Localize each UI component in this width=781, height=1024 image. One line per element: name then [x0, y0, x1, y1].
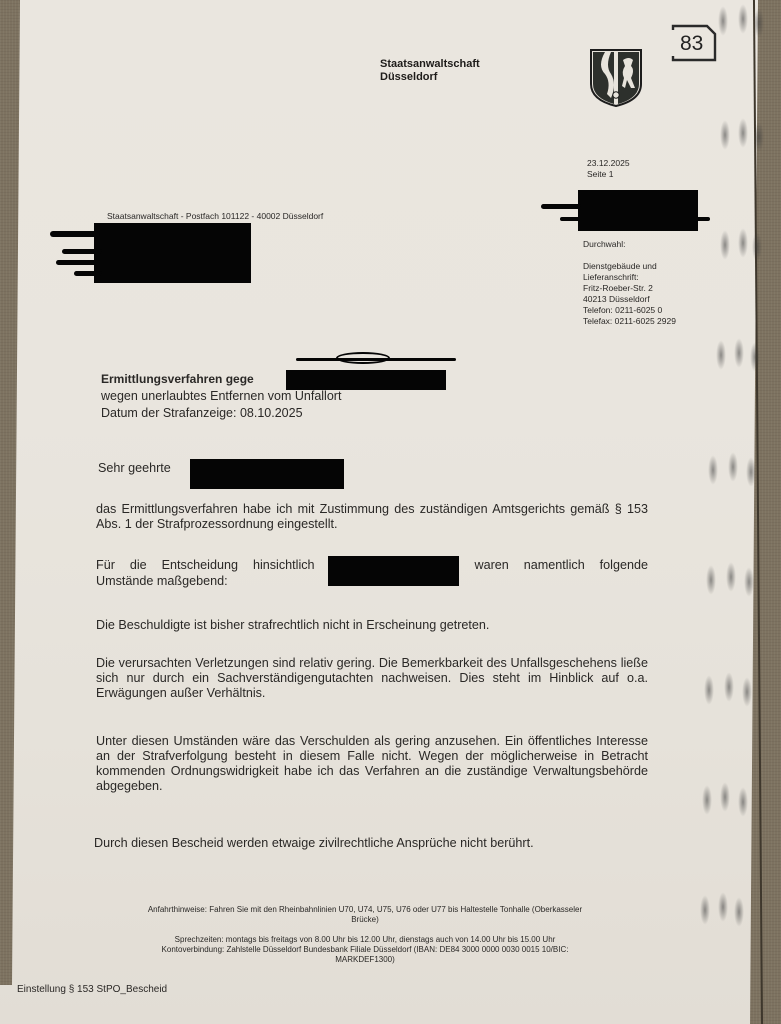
delivery-label: Lieferanschrift: [583, 272, 676, 283]
redaction-reference [578, 190, 698, 231]
subject-report-date: Datum der Strafanzeige: 08.10.2025 [101, 406, 303, 420]
redaction-scribble [560, 217, 710, 221]
paragraph-2-line-2: Umstände maßgebend: [96, 574, 228, 588]
footer-office-hours: Sprechzeiten: montags bis freitags von 8… [100, 935, 630, 945]
redaction-scribble [62, 249, 102, 254]
office-label: Dienstgebäude und [583, 261, 676, 272]
bank-line-2: MARKDEF1300) [100, 955, 630, 965]
paragraph-2-start: Für die Entscheidung hinsichtlich [96, 558, 315, 572]
letter-date: 23.12.2025 [587, 158, 630, 169]
document-id: Einstellung § 153 StPO_Bescheid [17, 984, 167, 995]
bank-line-1: Kontoverbindung: Zahlstelle Düsseldorf B… [100, 945, 630, 955]
redaction-accused-name [286, 370, 446, 390]
paragraph-2-end: waren namentlich folgende [475, 558, 648, 572]
office-info: Durchwahl: Dienstgebäude und Lieferansch… [583, 239, 676, 327]
paper-edge [753, 0, 763, 1024]
paragraph-5: Unter diesen Umständen wäre das Verschul… [96, 734, 648, 794]
office-city: 40213 Düsseldorf [583, 294, 676, 305]
authority-name: Staatsanwaltschaft [380, 58, 480, 71]
redaction-recipient [94, 223, 251, 283]
paragraph-6: Durch diesen Bescheid werden etwaige ziv… [94, 836, 646, 851]
footer-bank: Kontoverbindung: Zahlstelle Düsseldorf B… [100, 945, 630, 965]
directions-line-2: Brücke) [100, 915, 630, 925]
paragraph-1: das Ermittlungsverfahren habe ich mit Zu… [96, 502, 648, 532]
subject-offence: wegen unerlaubtes Entfernen vom Unfallor… [101, 389, 341, 403]
office-fax: Telefax: 0211-6025 2929 [583, 316, 676, 327]
durchwahl-label: Durchwahl: [583, 239, 676, 250]
office-street: Fritz-Roeber-Str. 2 [583, 283, 676, 294]
redaction-scribble [56, 260, 100, 265]
date-block: 23.12.2025 Seite 1 [587, 158, 630, 180]
footer-directions: Anfahrthinweise: Fahren Sie mit den Rhei… [100, 905, 630, 925]
nrw-coat-of-arms-icon [589, 48, 643, 108]
paragraph-3: Die Beschuldigte ist bisher strafrechtli… [96, 618, 648, 633]
salutation: Sehr geehrte [98, 461, 171, 475]
redaction-subject-name [328, 556, 459, 586]
return-address: Staatsanwaltschaft - Postfach 101122 - 4… [107, 211, 323, 221]
directions-line-1: Anfahrthinweise: Fahren Sie mit den Rhei… [100, 905, 630, 915]
page-stamp-number: 83 [680, 32, 703, 56]
subject-title: Ermittlungsverfahren gege [101, 372, 254, 386]
authority-city: Düsseldorf [380, 71, 480, 84]
redaction-scribble [336, 352, 390, 364]
redaction-scribble [541, 204, 581, 209]
redaction-salutation-name [190, 459, 344, 489]
redaction-scribble [74, 271, 102, 276]
office-phone: Telefon: 0211-6025 0 [583, 305, 676, 316]
redaction-scribble [50, 231, 100, 237]
page-indicator: Seite 1 [587, 169, 630, 180]
paragraph-4: Die verursachten Verletzungen sind relat… [96, 656, 648, 701]
sender-authority: Staatsanwaltschaft Düsseldorf [380, 58, 480, 84]
